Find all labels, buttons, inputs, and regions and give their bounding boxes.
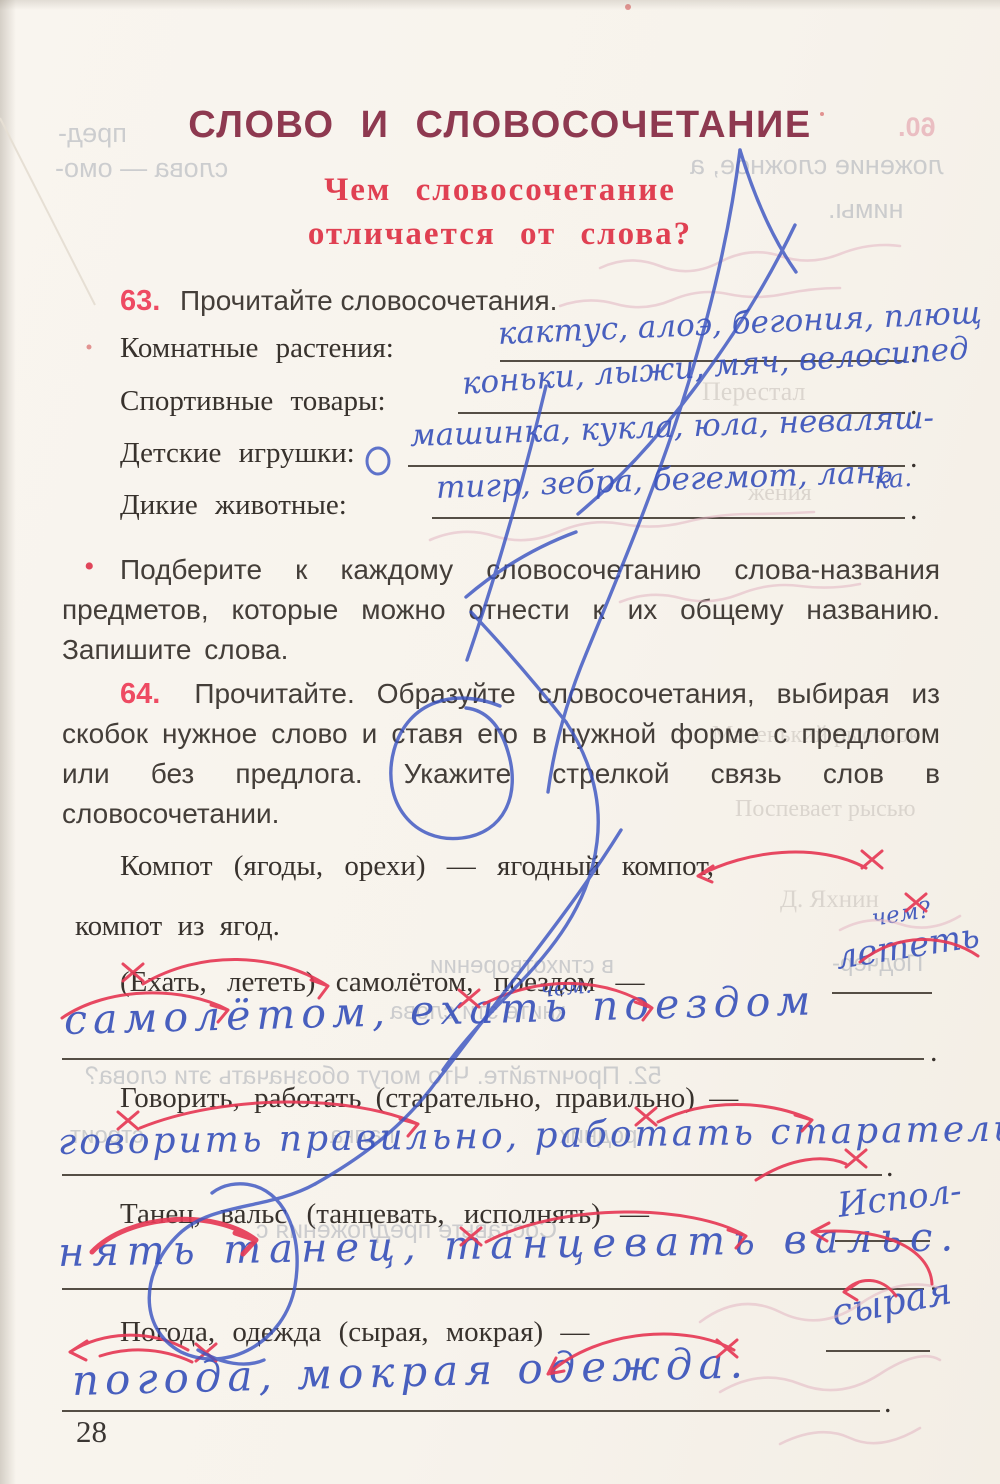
handwritten-note-chem2: чем.	[539, 974, 593, 1003]
exercise-64-number: 64.	[120, 678, 160, 710]
exercise-64-instruction: 64. Прочитайте. Образуйте словосочетания…	[62, 674, 940, 834]
answer-line	[62, 1410, 880, 1412]
answer-line	[62, 1058, 924, 1060]
red-arc	[756, 1159, 846, 1180]
category-label: Детские игрушки:	[120, 437, 355, 470]
answer-line	[826, 1350, 930, 1352]
task-line-kompot-2: компот из ягод.	[75, 910, 280, 943]
handwritten-line-2: говорить правильно, работать старательно…	[58, 1108, 1000, 1163]
exercise-64-instruction-text: Прочитайте. Образуйте словосочетания, вы…	[62, 678, 940, 829]
page-number: 28	[76, 1414, 107, 1450]
bullet-task-text: Подберите к каждому словосочетанию слова…	[62, 554, 940, 665]
answer-line	[432, 517, 905, 519]
printed-period: .	[884, 1386, 892, 1420]
answer-line	[832, 992, 932, 994]
exercise-63-instruction: Прочитайте словосочетания.	[180, 285, 557, 317]
category-label: Дикие животные:	[120, 489, 347, 522]
category-label: Комнатные растения:	[120, 332, 394, 365]
answer-line	[62, 1174, 882, 1176]
printed-period: .	[930, 1035, 938, 1069]
answer-line	[62, 1288, 924, 1290]
bleed-text: Д. Яхнин	[780, 886, 879, 914]
section-subtitle-line2: отличается от слова?	[0, 216, 1000, 253]
task-line-govorit: Говорить, работать (старательно, правиль…	[120, 1082, 738, 1115]
category-label: Спортивные товары:	[120, 385, 386, 418]
task-line-kompot-1: Компот (ягоды, орехи) — ягодный компот,	[120, 850, 714, 883]
section-subtitle-line1: Чем словосочетание	[0, 172, 1000, 209]
red-arrow	[698, 852, 866, 882]
printed-period: .	[910, 493, 918, 527]
red-x-mark	[862, 851, 882, 868]
workbook-page: пред- 60. ложение сложное, а слова — омо…	[0, 0, 1000, 1484]
handwritten-answer: тигр, зебра, бегемот, лань	[435, 454, 893, 506]
exercise-63-number: 63.	[120, 285, 160, 318]
handwritten-answer: машинка, кукла, юла, неваляш-	[409, 400, 934, 454]
exercise-63-bullet-task: Подберите к каждому словосочетанию слова…	[62, 550, 940, 670]
printed-period: .	[910, 441, 918, 475]
handwritten-word-syraya: сырая	[828, 1269, 955, 1334]
chapter-title: СЛОВО И СЛОВОСОЧЕТАНИЕ	[0, 104, 1000, 147]
red-x-mark	[846, 1150, 866, 1167]
